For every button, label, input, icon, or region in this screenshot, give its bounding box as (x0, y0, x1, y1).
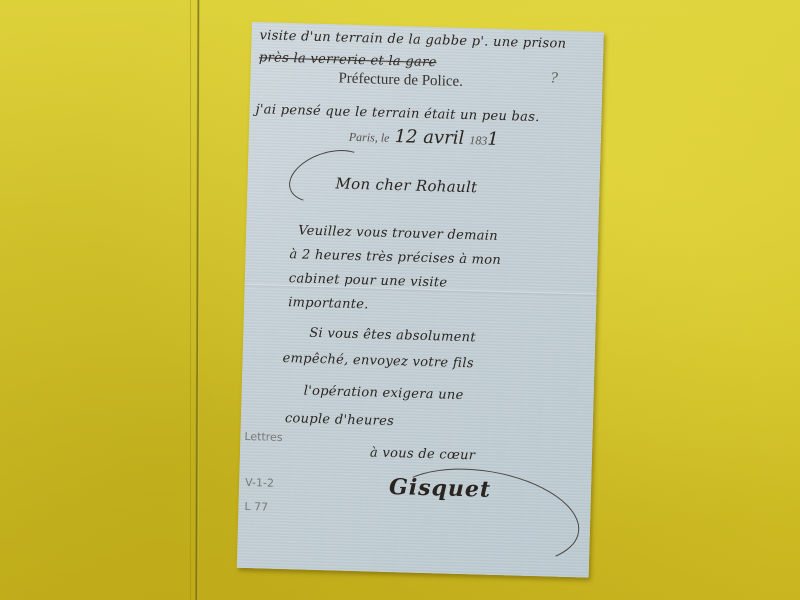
year-printed: 183 (469, 133, 487, 147)
marginal-note-2: près la verrerie et la gare (259, 50, 437, 70)
folder-crease-secondary (190, 0, 191, 600)
body-line-6: empêché, envoyez votre fils (282, 351, 474, 371)
marginal-note-2-text: près la verrerie et la gare (259, 50, 437, 70)
body-line-8: couple d'heures (285, 411, 395, 429)
marginal-note-1: visite d'un terrain de la gabbe p'. une … (259, 28, 566, 52)
closing: à vous de cœur (370, 445, 476, 463)
pencil-note-number: L 77 (244, 500, 268, 514)
pencil-note-shelf: V-1-2 (245, 476, 274, 490)
body-line-4: importante. (288, 295, 369, 312)
body-line-1: Veuillez vous trouver demain (298, 223, 498, 244)
body-line-7: l'opération exigera une (304, 384, 464, 403)
letterhead-office: Préfecture de Police. (338, 70, 463, 90)
year-handwritten: 1 (487, 129, 499, 150)
body-line-2: à 2 heures très précises à mon (289, 247, 501, 268)
date-handwritten: 12 avril (394, 126, 464, 149)
letterhead-date-line: Paris, le 12 avril 1831 (349, 125, 499, 150)
place-date-prefix: Paris, le (349, 130, 390, 145)
salutation: Mon cher Rohault (335, 174, 477, 196)
marginal-note-3: j'ai pensé que le terrain était un peu b… (255, 102, 539, 125)
letter-sheet: visite d'un terrain de la gabbe p'. une … (237, 22, 604, 578)
question-mark-note: ? (550, 70, 558, 86)
pencil-note-lettres: Lettres (244, 430, 282, 444)
body-line-5: Si vous êtes absolument (309, 326, 476, 346)
